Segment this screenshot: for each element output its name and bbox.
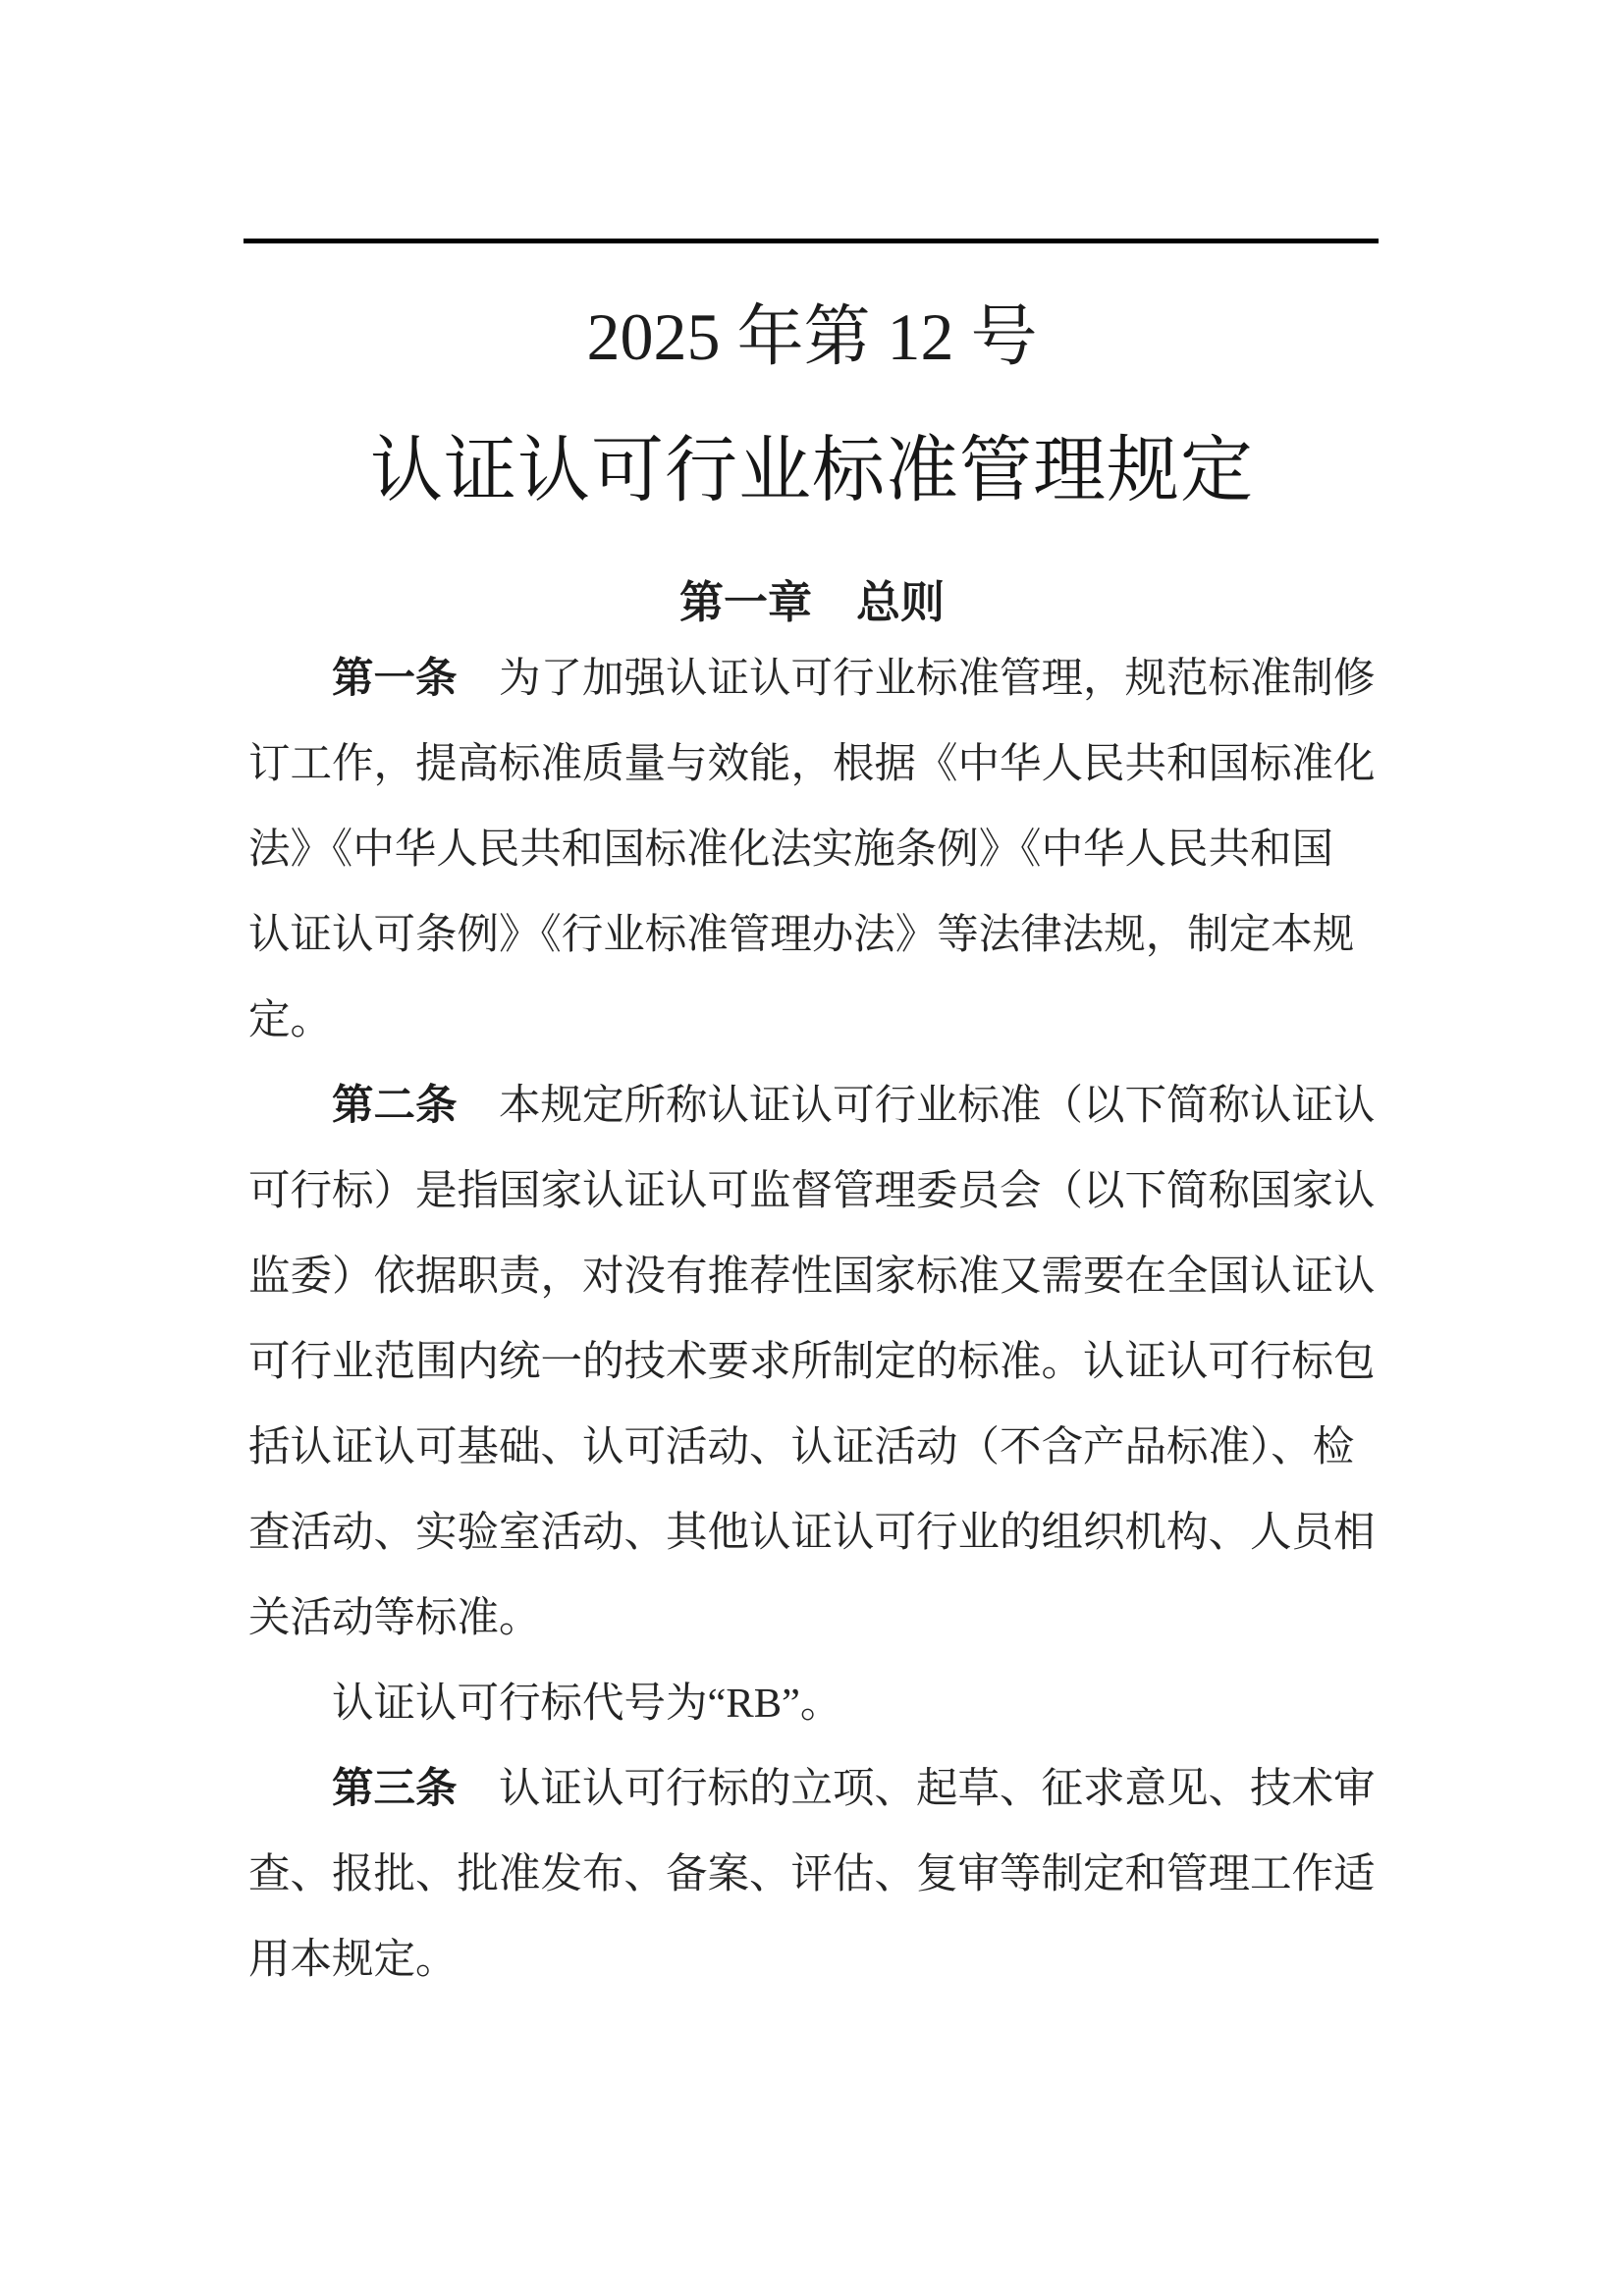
doc-number: 2025 年第 12 号 (0, 298, 1624, 375)
body-line-text: 为了加强认证认可行业标准管理，规范标准制修 (458, 656, 1376, 702)
body-line: 括认证认可基础、认可活动、认证活动（不含产品标准）、检 (248, 1405, 1387, 1490)
page: { "document": { "doc_number": "2025 年第 1… (0, 0, 1624, 2296)
body-line-text: 认证认可条例》《行业标准管理办法》等法律法规，制定本规 (248, 912, 1354, 958)
body-text: 第一条 为了加强认证认可行业标准管理，规范标准制修订工作，提高标准质量与效能，根… (248, 636, 1387, 2002)
body-line: 查活动、实验室活动、其他认证认可行业的组织机构、人员相 (248, 1490, 1387, 1575)
body-line: 第二条 本规定所称认证认可行业标准（以下简称认证认 (248, 1063, 1387, 1148)
body-line: 可行标）是指国家认证认可监督管理委员会（以下简称国家认 (248, 1148, 1387, 1234)
body-line-text: 用本规定。 (248, 1937, 458, 1983)
body-line: 查、报批、批准发布、备案、评估、复审等制定和管理工作适 (248, 1832, 1387, 1917)
body-line-text: 认证认可行标的立项、起草、征求意见、技术审 (458, 1766, 1376, 1812)
article-number: 第二条 (332, 1083, 458, 1129)
body-line-text: 监委）依据职责，对没有推荐性国家标准又需要在全国认证认 (248, 1254, 1376, 1300)
body-line: 订工作，提高标准质量与效能，根据《中华人民共和国标准化 (248, 721, 1387, 807)
body-line: 第一条 为了加强认证认可行业标准管理，规范标准制修 (248, 636, 1387, 721)
body-line-text: 定。 (248, 997, 332, 1043)
chapter-heading: 第一章 总则 (0, 577, 1624, 628)
body-line: 可行业范围内统一的技术要求所制定的标准。认证认可行标包 (248, 1319, 1387, 1405)
body-line-text: 本规定所称认证认可行业标准（以下简称认证认 (458, 1083, 1376, 1129)
header-rule (244, 239, 1379, 243)
body-line-text: 括认证认可基础、认可活动、认证活动（不含产品标准）、检 (248, 1424, 1354, 1470)
body-line: 关活动等标准。 (248, 1575, 1387, 1661)
page-title: 认证认可行业标准管理规定 (0, 430, 1624, 513)
body-line-text: 可行业范围内统一的技术要求所制定的标准。认证认可行标包 (248, 1339, 1376, 1385)
body-line: 监委）依据职责，对没有推荐性国家标准又需要在全国认证认 (248, 1234, 1387, 1319)
body-line-text: 关活动等标准。 (248, 1595, 541, 1641)
body-line: 用本规定。 (248, 1917, 1387, 2002)
body-line: 认证认可行标代号为“RB”。 (248, 1661, 1387, 1746)
article-number: 第一条 (332, 656, 458, 702)
body-line: 认证认可条例》《行业标准管理办法》等法律法规，制定本规 (248, 892, 1387, 978)
body-line-text: 法》《中华人民共和国标准化法实施条例》《中华人民共和国 (248, 827, 1333, 873)
document-page: 2025 年第 12 号 认证认可行业标准管理规定 第一章 总则 第一条 为了加… (0, 0, 1624, 2296)
article-number: 第三条 (332, 1766, 458, 1812)
body-line: 定。 (248, 978, 1387, 1063)
body-line-text: 订工作，提高标准质量与效能，根据《中华人民共和国标准化 (248, 741, 1376, 787)
body-line-text: 可行标）是指国家认证认可监督管理委员会（以下简称国家认 (248, 1168, 1376, 1214)
body-line: 法》《中华人民共和国标准化法实施条例》《中华人民共和国 (248, 807, 1387, 892)
body-line-text: 查活动、实验室活动、其他认证认可行业的组织机构、人员相 (248, 1510, 1376, 1556)
body-line-text: 查、报批、批准发布、备案、评估、复审等制定和管理工作适 (248, 1851, 1376, 1897)
body-line: 第三条 认证认可行标的立项、起草、征求意见、技术审 (248, 1746, 1387, 1832)
body-line-text: 认证认可行标代号为“RB”。 (332, 1681, 841, 1727)
